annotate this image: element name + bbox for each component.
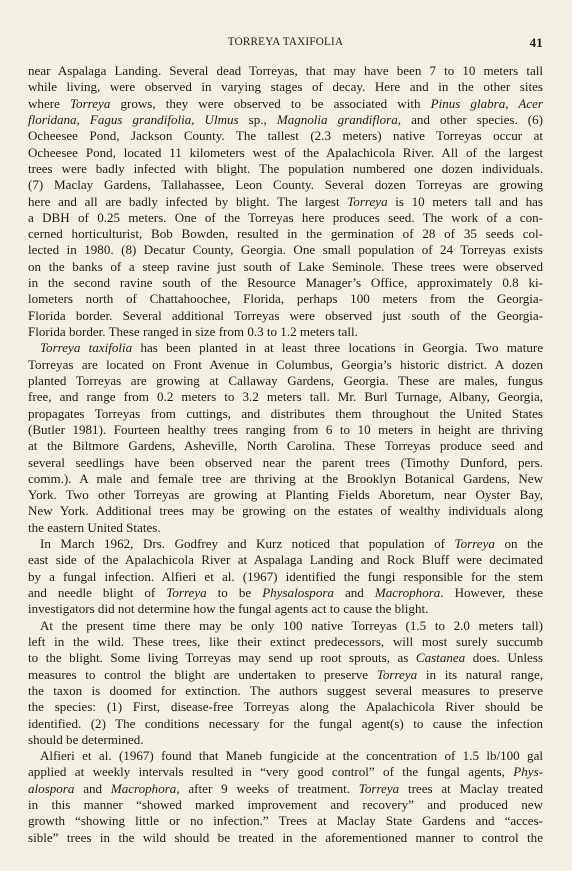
text-run: at the Biltmore Gardens, Asheville, Nort… bbox=[28, 438, 543, 453]
text-line: lometers north of Chattahoochee, Florida… bbox=[28, 291, 543, 307]
text-line: In March 1962, Drs. Godfrey and Kurz not… bbox=[28, 536, 543, 552]
text-run: sp., bbox=[239, 112, 277, 127]
text-run: Ocheesee Pond, located 11 kilometers wes… bbox=[28, 145, 543, 160]
text-line: while living, were observed in varying s… bbox=[28, 79, 543, 95]
page-number: 41 bbox=[530, 35, 543, 51]
text-line: where Torreya grows, they were observed … bbox=[28, 96, 543, 112]
text-run: In March 1962, Drs. Godfrey and Kurz not… bbox=[40, 536, 455, 551]
text-run: near Aspalaga Landing. Several dead Torr… bbox=[28, 63, 543, 78]
text-line: the species: (1) First, disease-free Tor… bbox=[28, 699, 543, 715]
text-line: the taxon is doomed for extinction. The … bbox=[28, 683, 543, 699]
text-line: left in the wild. These trees, like thei… bbox=[28, 634, 543, 650]
text-run: here and all are badly infected by bligh… bbox=[28, 194, 347, 209]
italic-term: Torreya bbox=[166, 585, 206, 600]
text-run: lometers north of Chattahoochee, Florida… bbox=[28, 291, 543, 306]
running-header: TORREYA TAXIFOLIA 41 bbox=[28, 35, 543, 53]
text-line: several seedlings have been observed nea… bbox=[28, 455, 543, 471]
text-run: several seedlings have been observed nea… bbox=[28, 455, 543, 470]
text-line: in the second ravine south of the Resour… bbox=[28, 275, 543, 291]
text-run: is 10 meters tall and has bbox=[388, 194, 543, 209]
italic-term: Torreya bbox=[347, 194, 387, 209]
text-line: Florida border. These ranged in size fro… bbox=[28, 324, 543, 340]
text-run: Florida border. Several additional Torre… bbox=[28, 308, 543, 323]
text-line: planted Torreyas are growing at Callaway… bbox=[28, 373, 543, 389]
text-run: on the bbox=[495, 536, 543, 551]
text-line: measures to control the blight are under… bbox=[28, 667, 543, 683]
text-run: York. Two other Torreyas are growing at … bbox=[28, 487, 543, 502]
text-run: trees at Maclay treated bbox=[399, 781, 543, 796]
text-run: has been planted in at least three locat… bbox=[132, 340, 543, 355]
text-line: Torreya taxifolia has been planted in at… bbox=[28, 340, 543, 356]
text-line: identified. (2) The conditions necessary… bbox=[28, 716, 543, 732]
text-run: the species: (1) First, disease-free Tor… bbox=[28, 699, 543, 714]
text-line: here and all are badly infected by bligh… bbox=[28, 194, 543, 210]
text-run: comm.). A male and female tree are thriv… bbox=[28, 471, 543, 486]
italic-term: Torreya taxifolia bbox=[40, 340, 132, 355]
text-run: should be determined. bbox=[28, 732, 144, 747]
text-line: sible” trees in the wild should be treat… bbox=[28, 830, 543, 846]
paragraph: At the present time there may be only 10… bbox=[28, 618, 543, 749]
text-run: while living, were observed in varying s… bbox=[28, 79, 543, 94]
text-line: York. Two other Torreyas are growing at … bbox=[28, 487, 543, 503]
text-run: and bbox=[334, 585, 375, 600]
italic-term: Macrophora bbox=[375, 585, 440, 600]
text-line: floridana, Fagus grandifolia, Ulmus sp.,… bbox=[28, 112, 543, 128]
document-page: TORREYA TAXIFOLIA 41 near Aspalaga Landi… bbox=[0, 0, 572, 871]
text-run: and other species. (6) bbox=[401, 112, 543, 127]
paragraph: Alfieri et al. (1967) found that Maneb f… bbox=[28, 748, 543, 846]
text-line: applied at weekly intervals resulted in … bbox=[28, 764, 543, 780]
text-line: to the blight. Some living Torreyas may … bbox=[28, 650, 543, 666]
text-line: at the Biltmore Gardens, Asheville, Nort… bbox=[28, 438, 543, 454]
italic-term: alospora bbox=[28, 781, 74, 796]
text-run: applied at weekly intervals resulted in … bbox=[28, 764, 513, 779]
italic-term: Magnolia grandiflora, bbox=[277, 112, 401, 127]
text-run: to be bbox=[207, 585, 263, 600]
text-run: cerned horticulturist, Bob Bowden, resul… bbox=[28, 226, 543, 241]
italic-term: Torreya bbox=[70, 96, 110, 111]
text-line: a DBH of 0.25 meters. One of the Torreya… bbox=[28, 210, 543, 226]
italic-term: Castanea bbox=[416, 650, 465, 665]
running-title: TORREYA TAXIFOLIA bbox=[28, 36, 543, 48]
italic-term: Macrophora bbox=[111, 781, 176, 796]
text-line: Ocheesee Pond, Jackson County. The talle… bbox=[28, 128, 543, 144]
text-run: by a fungal infection. Alfieri et al. (1… bbox=[28, 569, 543, 584]
text-line: (7) Maclay Gardens, Tallahassee, Leon Co… bbox=[28, 177, 543, 193]
text-run: At the present time there may be only 10… bbox=[40, 618, 543, 633]
text-run: to the blight. Some living Torreyas may … bbox=[28, 650, 416, 665]
text-run: New York. Additional trees may be growin… bbox=[28, 503, 543, 518]
text-run: (7) Maclay Gardens, Tallahassee, Leon Co… bbox=[28, 177, 543, 192]
text-run: investigators did not determine how the … bbox=[28, 601, 428, 616]
italic-term: Phys- bbox=[513, 764, 543, 779]
text-run: . However, these bbox=[440, 585, 543, 600]
text-line: Alfieri et al. (1967) found that Maneb f… bbox=[28, 748, 543, 764]
text-run: the taxon is doomed for extinction. The … bbox=[28, 683, 543, 698]
text-run: , after 9 weeks of treatment. bbox=[176, 781, 358, 796]
text-line: near Aspalaga Landing. Several dead Torr… bbox=[28, 63, 543, 79]
text-line: Torreyas are located on Front Avenue in … bbox=[28, 357, 543, 373]
text-run: Alfieri et al. (1967) found that Maneb f… bbox=[40, 748, 543, 763]
text-line: east side of the Apalachicola River at A… bbox=[28, 552, 543, 568]
text-line: investigators did not determine how the … bbox=[28, 601, 543, 617]
text-run: sible” trees in the wild should be treat… bbox=[28, 830, 543, 845]
italic-term: Torreya bbox=[455, 536, 495, 551]
text-run: growth “showing little or no infection.”… bbox=[28, 813, 543, 828]
text-run: free, and range from 0.2 meters to 3.2 m… bbox=[28, 389, 543, 404]
text-line: comm.). A male and female tree are thriv… bbox=[28, 471, 543, 487]
text-run: Torreyas are located on Front Avenue in … bbox=[28, 357, 543, 372]
text-line: (Butler 1981). Fourteen healthy trees ra… bbox=[28, 422, 543, 438]
italic-term: Physalospora bbox=[262, 585, 334, 600]
text-run: Florida border. These ranged in size fro… bbox=[28, 324, 358, 339]
italic-term: floridana, Fagus grandifolia, Ulmus bbox=[28, 112, 239, 127]
text-run: on the banks of a steep ravine just sout… bbox=[28, 259, 543, 274]
text-run: in its natural range, bbox=[417, 667, 543, 682]
paragraph: Torreya taxifolia has been planted in at… bbox=[28, 340, 543, 536]
text-line: the eastern United States. bbox=[28, 520, 543, 536]
text-line: trees were badly infected with blight. T… bbox=[28, 161, 543, 177]
text-run: and needle blight of bbox=[28, 585, 166, 600]
text-run: a DBH of 0.25 meters. One of the Torreya… bbox=[28, 210, 543, 225]
italic-term: Torreya bbox=[359, 781, 399, 796]
text-run: where bbox=[28, 96, 70, 111]
text-run: planted Torreyas are growing at Callaway… bbox=[28, 373, 543, 388]
text-run: propagates Torreyas from cuttings, and d… bbox=[28, 406, 543, 421]
text-run: identified. (2) The conditions necessary… bbox=[28, 716, 543, 731]
italic-term: Pinus glabra, Acer bbox=[431, 96, 543, 111]
text-run: in this manner “showed marked improvemen… bbox=[28, 797, 543, 812]
text-line: growth “showing little or no infection.”… bbox=[28, 813, 543, 829]
text-run: trees were badly infected with blight. T… bbox=[28, 161, 543, 176]
text-line: Florida border. Several additional Torre… bbox=[28, 308, 543, 324]
text-line: cerned horticulturist, Bob Bowden, resul… bbox=[28, 226, 543, 242]
text-run: measures to control the blight are under… bbox=[28, 667, 377, 682]
paragraph: In March 1962, Drs. Godfrey and Kurz not… bbox=[28, 536, 543, 618]
text-line: on the banks of a steep ravine just sout… bbox=[28, 259, 543, 275]
text-line: and needle blight of Torreya to be Physa… bbox=[28, 585, 543, 601]
text-line: by a fungal infection. Alfieri et al. (1… bbox=[28, 569, 543, 585]
text-line: New York. Additional trees may be growin… bbox=[28, 503, 543, 519]
italic-term: Torreya bbox=[377, 667, 417, 682]
text-line: propagates Torreyas from cuttings, and d… bbox=[28, 406, 543, 422]
text-run: does. Unless bbox=[465, 650, 543, 665]
paragraph: near Aspalaga Landing. Several dead Torr… bbox=[28, 63, 543, 340]
text-run: in the second ravine south of the Resour… bbox=[28, 275, 543, 290]
text-line: Ocheesee Pond, located 11 kilometers wes… bbox=[28, 145, 543, 161]
text-run: left in the wild. These trees, like thei… bbox=[28, 634, 543, 649]
text-run: grows, they were observed to be associat… bbox=[110, 96, 430, 111]
text-line: should be determined. bbox=[28, 732, 543, 748]
text-line: in this manner “showed marked improvemen… bbox=[28, 797, 543, 813]
body-text: near Aspalaga Landing. Several dead Torr… bbox=[28, 63, 543, 846]
text-run: the eastern United States. bbox=[28, 520, 161, 535]
text-run: (Butler 1981). Fourteen healthy trees ra… bbox=[28, 422, 543, 437]
text-run: Ocheesee Pond, Jackson County. The talle… bbox=[28, 128, 543, 143]
text-run: east side of the Apalachicola River at A… bbox=[28, 552, 543, 567]
text-line: lected in 1980. (8) Decatur County, Geor… bbox=[28, 242, 543, 258]
text-line: alospora and Macrophora, after 9 weeks o… bbox=[28, 781, 543, 797]
text-run: lected in 1980. (8) Decatur County, Geor… bbox=[28, 242, 543, 257]
text-line: free, and range from 0.2 meters to 3.2 m… bbox=[28, 389, 543, 405]
text-run: and bbox=[74, 781, 110, 796]
text-line: At the present time there may be only 10… bbox=[28, 618, 543, 634]
